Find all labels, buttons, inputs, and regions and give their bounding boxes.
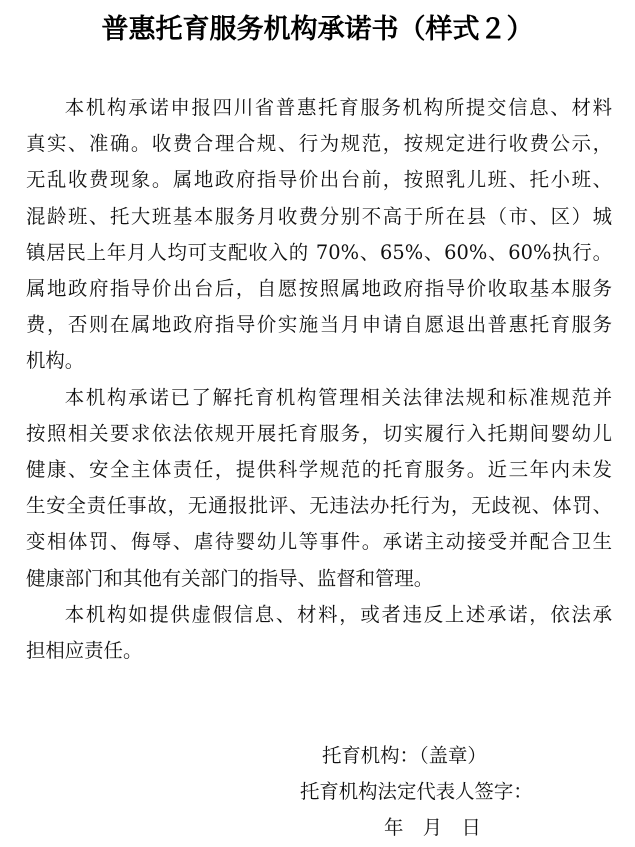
paragraph-3: 本机构如提供虚假信息、材料，或者违反上述承诺，依法承 担相应责任。 bbox=[26, 597, 612, 669]
text-line: 机构。 bbox=[26, 343, 612, 379]
text-line: 健康、安全主体责任，提供科学规范的托育服务。近三年内未发 bbox=[26, 452, 612, 488]
text-line: 无乱收费现象。属地政府指导价出台前，按照乳儿班、托小班、 bbox=[26, 162, 612, 198]
text-line: 镇居民上年月人均可支配收入的 70%、65%、60%、60%执行。 bbox=[26, 235, 612, 271]
text-line: 健康部门和其他有关部门的指导、监督和管理。 bbox=[26, 561, 612, 597]
paragraph-2: 本机构承诺已了解托育机构管理相关法律法规和标准规范并 按照相关要求依法依规开展托… bbox=[26, 380, 612, 597]
legal-representative-signature-label: 托育机构法定代表人签字： bbox=[300, 776, 533, 808]
text-line: 本机构承诺已了解托育机构管理相关法律法规和标准规范并 bbox=[26, 380, 612, 416]
paragraph-1: 本机构承诺申报四川省普惠托育服务机构所提交信息、材料 真实、准确。收费合理合规、… bbox=[26, 90, 612, 380]
text-line: 本机构承诺申报四川省普惠托育服务机构所提交信息、材料 bbox=[26, 90, 612, 126]
text-line: 费，否则在属地政府指导价实施当月申请自愿退出普惠托育服务 bbox=[26, 307, 612, 343]
text-line: 本机构如提供虚假信息、材料，或者违反上述承诺，依法承 bbox=[26, 597, 612, 633]
text-line: 变相体罚、侮辱、虐待婴幼儿等事件。承诺主动接受并配合卫生 bbox=[26, 524, 612, 560]
text-line: 属地政府指导价出台后，自愿按照属地政府指导价收取基本服务 bbox=[26, 271, 612, 307]
text-line: 真实、准确。收费合理合规、行为规范，按规定进行收费公示， bbox=[26, 126, 612, 162]
text-line: 按照相关要求依法依规开展托育服务，切实履行入托期间婴幼儿 bbox=[26, 416, 612, 452]
document-body: 本机构承诺申报四川省普惠托育服务机构所提交信息、材料 真实、准确。收费合理合规、… bbox=[26, 90, 612, 669]
text-line: 担相应责任。 bbox=[26, 633, 612, 669]
date-label: 年 月 日 bbox=[384, 812, 481, 844]
institution-seal-label: 托育机构：（盖章） bbox=[322, 740, 487, 772]
text-line: 生安全责任事故，无通报批评、无违法办托行为，无歧视、体罚、 bbox=[26, 488, 612, 524]
text-line: 混龄班、托大班基本服务月收费分别不高于所在县（市、区）城 bbox=[26, 199, 612, 235]
document-title: 普惠托育服务机构承诺书（样式２） bbox=[0, 10, 635, 50]
